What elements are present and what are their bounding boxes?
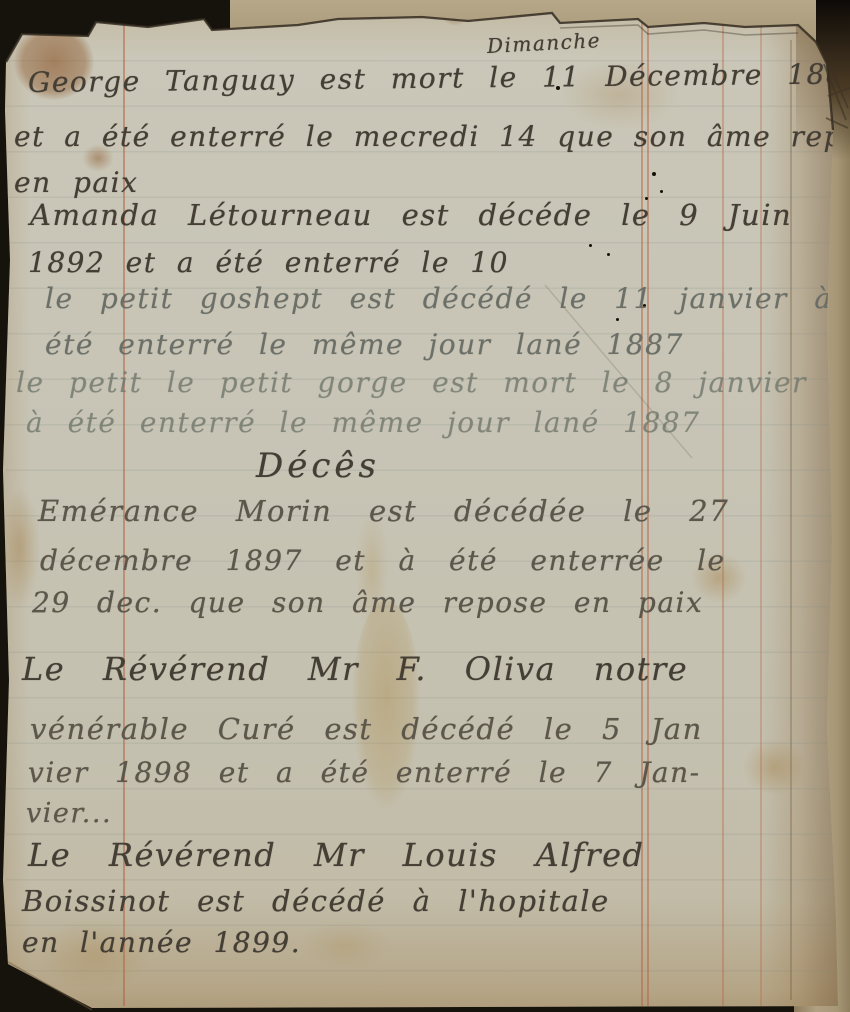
scanned-manuscript-page: Dimanche George Tanguay est mort le 11 D… [0,0,850,1012]
torn-edge-line [0,0,850,1012]
pencil-hatch-marks [824,64,850,128]
